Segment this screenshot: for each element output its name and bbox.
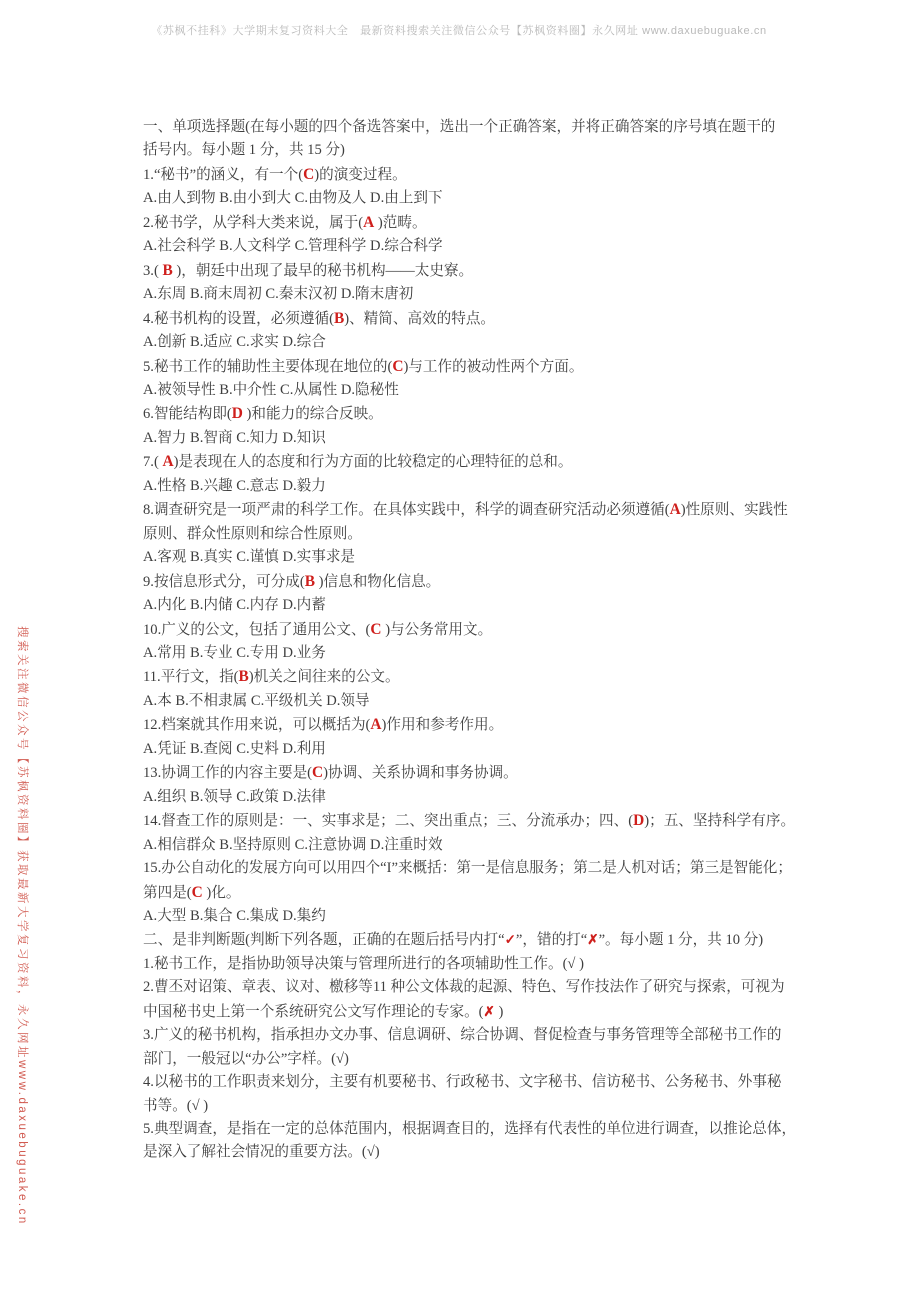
text-segment: 原则、群众性原则和综合性原则。 <box>143 526 362 542</box>
answer-letter: A <box>363 214 374 231</box>
text-line: 5.秘书工作的辅助性主要体现在地位的(C)与工作的被动性两个方面。 <box>143 355 791 379</box>
text-segment: A.内化 B.内储 C.内存 D.内蓄 <box>143 597 326 613</box>
text-segment: A.创新 B.适应 C.求实 D.综合 <box>143 334 326 350</box>
text-segment: A.由人到物 B.由小到大 C.由物及人 D.由上到下 <box>143 190 443 206</box>
text-segment: A.组织 B.领导 C.政策 D.法律 <box>143 789 326 805</box>
text-segment: 4.以秘书的工作职责来划分，主要有机要秘书、行政秘书、文字秘书、信访秘书、公务秘… <box>143 1074 781 1090</box>
text-segment: )与工作的被动性两个方面。 <box>403 359 583 375</box>
text-segment: 4.秘书机构的设置，必须遵循( <box>143 311 334 327</box>
text-segment: 9.按信息形式分，可分成( <box>143 574 305 590</box>
text-line: 10.广义的公文，包括了通用公文、(C )与公务常用文。 <box>143 618 791 642</box>
answer-letter: C <box>392 358 403 375</box>
text-segment: )范畴。 <box>374 215 426 231</box>
answer-letter: A <box>370 716 381 733</box>
text-segment: )性原则、实践性 <box>681 502 788 518</box>
answer-letter: B <box>239 668 249 685</box>
text-segment: )；五、坚持科学有序。 <box>644 813 795 829</box>
text-segment: 5.典型调查，是指在一定的总体范围内，根据调查目的，选择有代表性的单位进行调查，… <box>143 1121 796 1137</box>
text-segment: 8.调查研究是一项严肃的科学工作。在具体实践中，科学的调查研究活动必须遵循( <box>143 502 670 518</box>
text-segment: )信息和物化信息。 <box>315 574 440 590</box>
text-line: A.组织 B.领导 C.政策 D.法律 <box>143 786 791 809</box>
text-segment: )是表现在人的态度和行为方面的比较稳定的心理特征的总和。 <box>174 454 573 470</box>
text-segment: )机关之间往来的公文。 <box>249 669 400 685</box>
text-segment: A.社会科学 B.人文科学 C.管理科学 D.综合科学 <box>143 238 443 254</box>
text-line: A.东周 B.商末周初 C.秦末汉初 D.隋末唐初 <box>143 283 791 306</box>
text-segment: 1.“秘书”的涵义，有一个( <box>143 167 303 183</box>
text-line: 中国秘书史上第一个系统研究公文写作理论的专家。(✗ ) <box>143 1000 791 1024</box>
text-line: 8.调查研究是一项严肃的科学工作。在具体实践中，科学的调查研究活动必须遵循(A)… <box>143 498 791 522</box>
text-segment: 6.智能结构即( <box>143 406 232 422</box>
text-line: A.智力 B.智商 C.知力 D.知识 <box>143 427 791 450</box>
text-line: A.大型 B.集合 C.集成 D.集约 <box>143 905 791 928</box>
text-line: 5.典型调查，是指在一定的总体范围内，根据调查目的，选择有代表性的单位进行调查，… <box>143 1118 791 1141</box>
text-segment: )协调、关系协调和事务协调。 <box>323 765 518 781</box>
text-segment: 部门，一般冠以“办公”字样。(√) <box>143 1051 349 1067</box>
text-segment: 5.秘书工作的辅助性主要体现在地位的( <box>143 359 392 375</box>
answer-letter: C <box>370 621 381 638</box>
text-segment: 1.秘书工作，是指协助领导决策与管理所进行的各项辅助性工作。(√ ) <box>143 956 584 972</box>
text-segment: A.智力 B.智商 C.知力 D.知识 <box>143 430 326 446</box>
text-line: A.社会科学 B.人文科学 C.管理科学 D.综合科学 <box>143 235 791 258</box>
answer-letter: B <box>162 262 172 279</box>
text-line: 7.( A)是表现在人的态度和行为方面的比较稳定的心理特征的总和。 <box>143 450 791 474</box>
text-line: 4.以秘书的工作职责来划分，主要有机要秘书、行政秘书、文字秘书、信访秘书、公务秘… <box>143 1071 791 1094</box>
answer-letter: D <box>232 405 243 422</box>
text-segment: A.被领导性 B.中介性 C.从属性 D.隐秘性 <box>143 382 399 398</box>
text-segment: 是深入了解社会情况的重要方法。(√) <box>143 1144 380 1160</box>
text-line: 13.协调工作的内容主要是(C)协调、关系协调和事务协调。 <box>143 761 791 785</box>
text-line: 书等。(√ ) <box>143 1095 791 1118</box>
text-segment: A.常用 B.专业 C.专用 D.业务 <box>143 645 326 661</box>
text-segment: 第四是( <box>143 885 192 901</box>
text-line: 12.档案就其作用来说，可以概括为(A)作用和参考作用。 <box>143 713 791 737</box>
text-segment: 二、是非判断题(判断下列各题，正确的在题后括号内打“ <box>143 932 505 948</box>
side-watermark-text: 搜索关注微信公众号【苏枫资料圈】获取最新大学复习资料，永久网址www.daxue… <box>15 626 31 1226</box>
text-line: A.性格 B.兴趣 C.意志 D.毅力 <box>143 475 791 498</box>
text-line: 括号内。每小题 1 分，共 15 分) <box>143 139 791 162</box>
answer-letter: C <box>192 884 203 901</box>
text-segment: A.大型 B.集合 C.集成 D.集约 <box>143 908 326 924</box>
answer-letter: B <box>305 573 315 590</box>
text-line: A.客观 B.真实 C.谨慎 D.实事求是 <box>143 546 791 569</box>
text-line: 15.办公自动化的发展方向可以用四个“I”来概括：第一是信息服务；第二是人机对话… <box>143 857 791 880</box>
text-segment: )和能力的综合反映。 <box>243 406 383 422</box>
text-segment: )化。 <box>203 885 241 901</box>
text-line: 2.秘书学，从学科大类来说，属于(A )范畴。 <box>143 211 791 235</box>
text-segment: )作用和参考作用。 <box>382 717 504 733</box>
text-line: A.本 B.不相隶属 C.平级机关 D.领导 <box>143 690 791 713</box>
text-line: 原则、群众性原则和综合性原则。 <box>143 523 791 546</box>
text-segment: 中国秘书史上第一个系统研究公文写作理论的专家。( <box>143 1004 484 1020</box>
text-line: A.常用 B.专业 C.专用 D.业务 <box>143 642 791 665</box>
answer-letter: C <box>312 764 323 781</box>
text-segment: A.凭证 B.查阅 C.史料 D.利用 <box>143 741 326 757</box>
text-segment: 2.曹丕对诏策、章表、议对、檄移等11 种公文体裁的起源、特色、写作技法作了研究… <box>143 979 785 995</box>
text-segment: A.客观 B.真实 C.谨慎 D.实事求是 <box>143 549 355 565</box>
judgment-mark: ✗ <box>484 1004 495 1019</box>
text-line: 3.( B )，朝廷中出现了最早的秘书机构——太史寮。 <box>143 259 791 283</box>
answer-letter: B <box>334 310 344 327</box>
text-segment: 书等。(√ ) <box>143 1098 208 1114</box>
answer-letter: C <box>303 166 314 183</box>
answer-letter: A <box>670 501 681 518</box>
text-line: A.凭证 B.查阅 C.史料 D.利用 <box>143 738 791 761</box>
text-segment: A.本 B.不相隶属 C.平级机关 D.领导 <box>143 693 370 709</box>
text-segment: 14.督查工作的原则是：一、实事求是；二、突出重点；三、分流承办；四、( <box>143 813 633 829</box>
text-segment: 括号内。每小题 1 分，共 15 分) <box>143 142 345 158</box>
text-segment: 3.广义的秘书机构，指承担办文办事、信息调研、综合协调、督促检查与事务管理等全部… <box>143 1027 781 1043</box>
text-line: 3.广义的秘书机构，指承担办文办事、信息调研、综合协调、督促检查与事务管理等全部… <box>143 1024 791 1047</box>
text-line: 1.“秘书”的涵义，有一个(C)的演变过程。 <box>143 163 791 187</box>
answer-letter: D <box>633 812 644 829</box>
text-line: 9.按信息形式分，可分成(B )信息和物化信息。 <box>143 570 791 594</box>
text-line: 二、是非判断题(判断下列各题，正确的在题后括号内打“✓”，错的打“✗”。每小题 … <box>143 928 791 952</box>
text-line: A.内化 B.内储 C.内存 D.内蓄 <box>143 594 791 617</box>
text-segment: A.性格 B.兴趣 C.意志 D.毅力 <box>143 478 326 494</box>
text-segment: 7.( <box>143 454 162 470</box>
text-line: A.相信群众 B.坚持原则 C.注意协调 D.注重时效 <box>143 834 791 857</box>
text-segment: 10.广义的公文，包括了通用公文、( <box>143 622 370 638</box>
text-line: 一、单项选择题(在每小题的四个备选答案中，选出一个正确答案，并将正确答案的序号填… <box>143 116 791 139</box>
text-segment: 12.档案就其作用来说，可以概括为( <box>143 717 370 733</box>
text-line: 第四是(C )化。 <box>143 881 791 905</box>
text-segment: )、精简、高效的特点。 <box>344 311 495 327</box>
text-segment: 一、单项选择题(在每小题的四个备选答案中，选出一个正确答案，并将正确答案的序号填… <box>143 119 775 135</box>
text-segment: )，朝廷中出现了最早的秘书机构——太史寮。 <box>173 263 473 279</box>
text-segment: A.相信群众 B.坚持原则 C.注意协调 D.注重时效 <box>143 837 443 853</box>
text-segment: 15.办公自动化的发展方向可以用四个“I”来概括：第一是信息服务；第二是人机对话… <box>143 860 792 876</box>
text-line: 11.平行文，指(B)机关之间往来的公文。 <box>143 665 791 689</box>
text-line: A.被领导性 B.中介性 C.从属性 D.隐秘性 <box>143 379 791 402</box>
text-segment: 2.秘书学，从学科大类来说，属于( <box>143 215 363 231</box>
text-segment: A.东周 B.商末周初 C.秦末汉初 D.隋末唐初 <box>143 286 413 302</box>
header-watermark-text: 《苏枫不挂科》大学期末复习资料大全 最新资料搜索关注微信公众号【苏枫资料圈】永久… <box>0 22 918 38</box>
text-segment: 13.协调工作的内容主要是( <box>143 765 312 781</box>
text-line: A.创新 B.适应 C.求实 D.综合 <box>143 331 791 354</box>
text-segment: 11.平行文，指( <box>143 669 239 685</box>
text-segment: ”，错的打“ <box>516 932 587 948</box>
answer-letter: A <box>162 453 173 470</box>
text-line: 4.秘书机构的设置，必须遵循(B)、精简、高效的特点。 <box>143 307 791 331</box>
text-segment: 3.( <box>143 263 162 279</box>
document-body: 一、单项选择题(在每小题的四个备选答案中，选出一个正确答案，并将正确答案的序号填… <box>143 116 791 1165</box>
text-line: 14.督查工作的原则是：一、实事求是；二、突出重点；三、分流承办；四、(D)；五… <box>143 809 791 833</box>
judgment-mark: ✗ <box>587 932 598 947</box>
document-page: 《苏枫不挂科》大学期末复习资料大全 最新资料搜索关注微信公众号【苏枫资料圈】永久… <box>0 0 918 1298</box>
text-segment: ”。每小题 1 分，共 10 分) <box>599 932 764 948</box>
text-segment: )的演变过程。 <box>314 167 406 183</box>
text-line: 2.曹丕对诏策、章表、议对、檄移等11 种公文体裁的起源、特色、写作技法作了研究… <box>143 976 791 999</box>
text-line: 6.智能结构即(D )和能力的综合反映。 <box>143 402 791 426</box>
text-segment: ) <box>495 1004 504 1020</box>
text-segment: )与公务常用文。 <box>382 622 493 638</box>
text-line: 是深入了解社会情况的重要方法。(√) <box>143 1141 791 1164</box>
text-line: 1.秘书工作，是指协助领导决策与管理所进行的各项辅助性工作。(√ ) <box>143 953 791 976</box>
judgment-mark: ✓ <box>505 932 516 947</box>
text-line: A.由人到物 B.由小到大 C.由物及人 D.由上到下 <box>143 187 791 210</box>
text-line: 部门，一般冠以“办公”字样。(√) <box>143 1048 791 1071</box>
